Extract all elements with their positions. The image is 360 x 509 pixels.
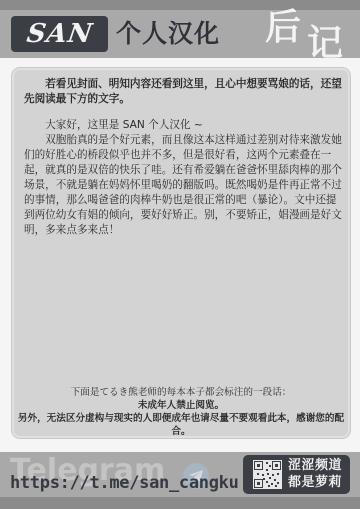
notice-intro: 下面是てるき熊老师的每本本子都会标注的一段话： bbox=[14, 386, 348, 399]
qr-code-icon bbox=[253, 460, 282, 489]
greeting: 大家好，这里是 SAN 个人汉化 ~ bbox=[24, 118, 342, 133]
qr-label-line-1: 涩涩频道 bbox=[288, 458, 342, 474]
telegram-link[interactable]: https://t.me/san_cangku bbox=[10, 473, 239, 493]
afterword-card: 若看见封面、明知内容还看到这里，且心中想要骂娘的话，还望先阅读最下方的文字。 大… bbox=[12, 68, 350, 438]
san-logo: SAN bbox=[11, 16, 108, 52]
group-name: 个人汉化 bbox=[116, 17, 220, 51]
bottom-strip bbox=[0, 497, 360, 509]
page-title: 后 记 bbox=[265, 6, 360, 62]
qr-channel-badge: 涩涩频道 都是萝莉 bbox=[243, 455, 350, 494]
notice-minors: 未成年人禁止阅览。 bbox=[14, 399, 348, 412]
intro-warning: 若看见封面、明知内容还看到这里，且心中想要骂娘的话，还望先阅读最下方的文字。 bbox=[24, 77, 342, 107]
qr-label-line-2: 都是萝莉 bbox=[288, 475, 342, 491]
logo-text: SAN bbox=[25, 19, 95, 49]
body-text: 双胞胎真的是个好元素，而且像这本这样通过差别对待来激发她们的好胜心的桥段似乎也并… bbox=[24, 133, 342, 238]
page-title-char-1: 后 bbox=[265, 6, 301, 50]
notice-fiction: 另外，无法区分虚构与现实的人即便成年也请尽量不要观看此本，感谢您的配合。 bbox=[14, 412, 348, 438]
